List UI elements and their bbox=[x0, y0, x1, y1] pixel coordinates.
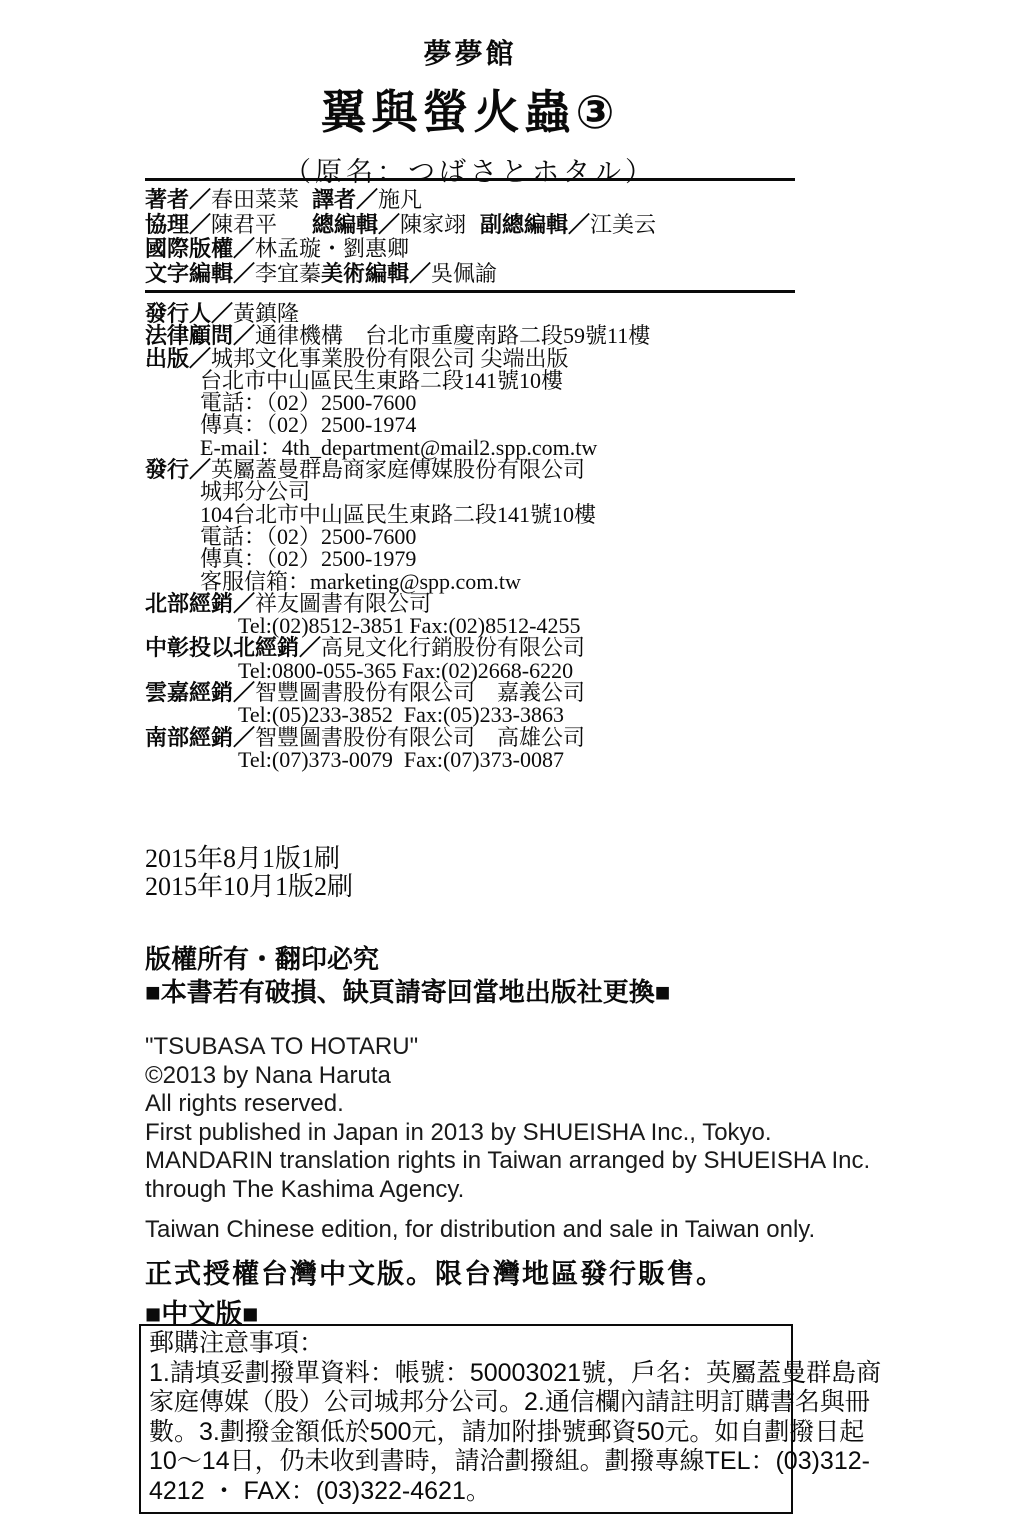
dist-south-row: 南部經銷／智豐圖書股份有限公司 高雄公司 bbox=[145, 727, 650, 749]
dist-central-value: 高見文化行銷股份有限公司 bbox=[321, 635, 585, 660]
publisher-name: 黃鎮隆 bbox=[233, 301, 299, 326]
mail-order-heading: 郵購注意事項： bbox=[149, 1329, 783, 1359]
issuer-label: 發行／ bbox=[145, 457, 211, 482]
press-email-row: E-mail：4th_department@mail2.spp.com.tw bbox=[145, 437, 650, 459]
press-address: 台北市中山區民生東路二段141號10樓 bbox=[145, 370, 650, 392]
copyright-line-2: ■本書若有破損、缺頁請寄回當地出版社更換■ bbox=[145, 976, 670, 1009]
author-cell: 著者／春田菜菜 bbox=[145, 188, 312, 213]
imprint-name: 夢夢館 bbox=[145, 32, 795, 72]
intl-rights-label: 國際版權／ bbox=[145, 236, 255, 261]
translator-name: 施凡 bbox=[378, 187, 422, 212]
english-title: "TSUBASA TO HOTARU" bbox=[145, 1033, 870, 1062]
original-title: （原名：つばさとホタル） bbox=[145, 150, 795, 189]
english-rights-reserved: All rights reserved. bbox=[145, 1090, 870, 1119]
press-tel-label: 電話： bbox=[200, 390, 266, 415]
issuer-tel-row: 電話：（02）2500-7600 bbox=[145, 526, 650, 548]
english-first-published: First published in Japan in 2013 by SHUE… bbox=[145, 1119, 870, 1148]
issuer-fax-row: 傳真：（02）2500-1979 bbox=[145, 548, 650, 570]
dist-yunjia-label: 雲嘉經銷／ bbox=[145, 680, 255, 705]
colophon-page: 夢夢館 翼與螢火蟲③ （原名：つばさとホタル） 著者／春田菜菜譯者／施凡 協理／… bbox=[0, 0, 1012, 1536]
divider-top bbox=[145, 178, 795, 181]
translator-label: 譯者／ bbox=[312, 187, 378, 212]
mail-order-line-3: 家庭傳媒（股）公司城邦分公司。2.通信欄內請註明訂購書名與冊 bbox=[149, 1388, 783, 1418]
mail-order-line-2: 1.請填妥劃撥單資料：帳號：50003021號，戶名：英屬蓋曼群島商 bbox=[149, 1359, 783, 1389]
press-email-label: E-mail： bbox=[200, 435, 282, 460]
credits-row-4: 文字編輯／李宜蓁美術編輯／吳佩諭 bbox=[145, 262, 656, 287]
author-label: 著者／ bbox=[145, 187, 211, 212]
deputy-chief-editor-label: 副總編輯／ bbox=[480, 212, 590, 237]
copyright-block: 版權所有・翻印必究 ■本書若有破損、缺頁請寄回當地出版社更換■ bbox=[145, 943, 670, 1009]
press-fax-row: 傳真：（02）2500-1974 bbox=[145, 414, 650, 436]
dist-north-tel: Tel:(02)8512-3851 Fax:(02)8512-4255 bbox=[145, 615, 650, 637]
issuer-value: 英屬蓋曼群島商家庭傳媒股份有限公司 bbox=[211, 457, 585, 482]
edition-dates: 2015年8月1版1刷 2015年10月1版2刷 bbox=[145, 845, 353, 901]
dist-north-value: 祥友圖書有限公司 bbox=[255, 591, 431, 616]
dist-north-row: 北部經銷／祥友圖書有限公司 bbox=[145, 593, 650, 615]
publisher-row: 發行人／黃鎮隆 bbox=[145, 303, 650, 325]
art-editor-label: 美術編輯／ bbox=[321, 261, 431, 286]
issuer-tel-label: 電話： bbox=[200, 524, 266, 549]
legal-row: 法律顧問／通律機構 台北市重慶南路二段59號11樓 bbox=[145, 325, 650, 347]
copyright-line-1: 版權所有・翻印必究 bbox=[145, 943, 670, 976]
credits-row-1: 著者／春田菜菜譯者／施凡 bbox=[145, 188, 656, 213]
issuer-service-label: 客服信箱： bbox=[200, 569, 310, 594]
taiwan-edition-english: Taiwan Chinese edition, for distribution… bbox=[145, 1216, 815, 1244]
coordinator-label: 協理／ bbox=[145, 212, 211, 237]
mail-order-line-5: 10～14日，仍未收到書時，請洽劃撥組。劃撥專線TEL：(03)312- bbox=[149, 1447, 783, 1477]
volume-number: ③ bbox=[576, 86, 620, 138]
press-email-value: 4th_department@mail2.spp.com.tw bbox=[282, 435, 597, 460]
divider-bottom bbox=[145, 290, 795, 293]
text-editor-cell: 文字編輯／李宜蓁 bbox=[145, 262, 321, 287]
dist-south-value: 智豐圖書股份有限公司 高雄公司 bbox=[255, 725, 585, 750]
issuer-branch: 城邦分公司 bbox=[145, 481, 650, 503]
taiwan-edition-chinese: 正式授權台灣中文版。限台灣地區發行販售。 bbox=[145, 1252, 815, 1291]
dist-south-tel: Tel:(07)373-0079 Fax:(07)373-0087 bbox=[145, 749, 650, 771]
press-value: 城邦文化事業股份有限公司 尖端出版 bbox=[211, 346, 569, 371]
issuer-service-row: 客服信箱：marketing@spp.com.tw bbox=[145, 571, 650, 593]
mail-order-line-4: 數。3.劃撥金額低於500元，請加附掛號郵資50元。如自劃撥日起 bbox=[149, 1418, 783, 1448]
book-title: 翼與螢火蟲③ bbox=[145, 76, 795, 142]
dist-yunjia-value: 智豐圖書股份有限公司 嘉義公司 bbox=[255, 680, 585, 705]
art-editor-name: 吳佩諭 bbox=[431, 261, 497, 286]
text-editor-label: 文字編輯／ bbox=[145, 261, 255, 286]
publisher-label: 發行人／ bbox=[145, 301, 233, 326]
issuer-service-value: marketing@spp.com.tw bbox=[310, 569, 521, 594]
legal-value: 通律機構 台北市重慶南路二段59號11樓 bbox=[255, 323, 650, 348]
issuer-fax-value: （02）2500-1979 bbox=[266, 546, 416, 571]
english-copyright: ©2013 by Nana Haruta bbox=[145, 1062, 870, 1091]
dist-north-label: 北部經銷／ bbox=[145, 591, 255, 616]
legal-label: 法律顧問／ bbox=[145, 323, 255, 348]
book-title-text: 翼與螢火蟲 bbox=[321, 86, 576, 138]
press-row: 出版／城邦文化事業股份有限公司 尖端出版 bbox=[145, 348, 650, 370]
credits-block: 著者／春田菜菜譯者／施凡 協理／陳君平總編輯／陳家翊副總編輯／江美云 國際版權／… bbox=[145, 188, 656, 286]
issuer-tel-value: （02）2500-7600 bbox=[266, 524, 416, 549]
english-mandarin-rights: MANDARIN translation rights in Taiwan ar… bbox=[145, 1147, 870, 1176]
second-printing: 2015年10月1版2刷 bbox=[145, 873, 353, 901]
intl-rights-names: 林孟璇・劉惠卿 bbox=[255, 236, 409, 261]
press-label: 出版／ bbox=[145, 346, 211, 371]
issuer-fax-label: 傳真： bbox=[200, 546, 266, 571]
text-editor-name: 李宜蓁 bbox=[255, 261, 321, 286]
chief-editor-label: 總編輯／ bbox=[312, 212, 400, 237]
title-block: 夢夢館 翼與螢火蟲③ （原名：つばさとホタル） bbox=[145, 32, 795, 189]
coordinator-cell: 協理／陳君平 bbox=[145, 213, 312, 238]
press-fax-value: （02）2500-1974 bbox=[266, 412, 416, 437]
dist-yunjia-row: 雲嘉經銷／智豐圖書股份有限公司 嘉義公司 bbox=[145, 682, 650, 704]
coordinator-name: 陳君平 bbox=[211, 212, 277, 237]
press-tel-value: （02）2500-7600 bbox=[266, 390, 416, 415]
credits-row-2: 協理／陳君平總編輯／陳家翊副總編輯／江美云 bbox=[145, 213, 656, 238]
taiwan-edition-block: Taiwan Chinese edition, for distribution… bbox=[145, 1216, 815, 1291]
dist-central-label: 中彰投以北經銷／ bbox=[145, 635, 321, 660]
english-rights-block: "TSUBASA TO HOTARU" ©2013 by Nana Haruta… bbox=[145, 1033, 870, 1204]
press-tel-row: 電話：（02）2500-7600 bbox=[145, 392, 650, 414]
issuer-address: 104台北市中山區民生東路二段141號10樓 bbox=[145, 504, 650, 526]
mail-order-box: 郵購注意事項： 1.請填妥劃撥單資料：帳號：50003021號，戶名：英屬蓋曼群… bbox=[139, 1324, 793, 1514]
chief-editor-name: 陳家翊 bbox=[400, 212, 466, 237]
first-printing: 2015年8月1版1刷 bbox=[145, 845, 353, 873]
deputy-chief-editor-name: 江美云 bbox=[590, 212, 656, 237]
credits-row-3: 國際版權／林孟璇・劉惠卿 bbox=[145, 237, 656, 262]
author-name: 春田菜菜 bbox=[211, 187, 299, 212]
dist-central-row: 中彰投以北經銷／高見文化行銷股份有限公司 bbox=[145, 637, 650, 659]
dist-yunjia-tel: Tel:(05)233-3852 Fax:(05)233-3863 bbox=[145, 704, 650, 726]
issuer-row: 發行／英屬蓋曼群島商家庭傳媒股份有限公司 bbox=[145, 459, 650, 481]
english-agency: through The Kashima Agency. bbox=[145, 1176, 870, 1205]
dist-south-label: 南部經銷／ bbox=[145, 725, 255, 750]
press-fax-label: 傳真： bbox=[200, 412, 266, 437]
publishing-block: 發行人／黃鎮隆 法律顧問／通律機構 台北市重慶南路二段59號11樓 出版／城邦文… bbox=[145, 303, 650, 771]
chief-editor-cell: 總編輯／陳家翊 bbox=[312, 213, 480, 238]
dist-central-tel: Tel:0800-055-365 Fax:(02)2668-6220 bbox=[145, 660, 650, 682]
mail-order-line-6: 4212 ・ FAX：(03)322-4621。 bbox=[149, 1477, 783, 1507]
